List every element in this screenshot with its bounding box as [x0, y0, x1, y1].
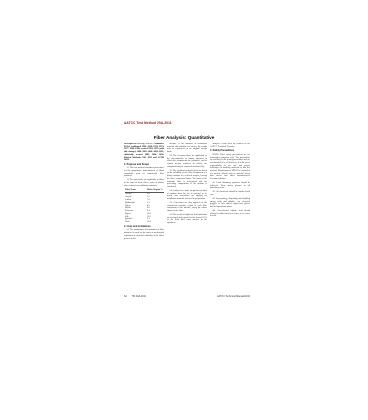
text-column-1: Developed in 1959 by AATCC Committee RA2… [124, 143, 164, 293]
body-paragraph: 1.2 The procedures are applicable to fib… [124, 179, 164, 187]
method-reference: TM 20A-2011 [132, 295, 146, 298]
regain-value-cell: 13.6 [147, 221, 163, 224]
body-paragraph: 4.2 All chemicals should be handled with… [210, 191, 250, 196]
body-paragraph: 2.3 The chemical methods given are based… [167, 170, 207, 189]
text-columns: Developed in 1959 by AATCC Committee RA2… [124, 143, 250, 293]
document-page: AATCC Test Method 20A-2011 Fiber Analysi… [0, 0, 368, 420]
revision-history-paragraph: Developed in 1959 by AATCC Committee RA2… [124, 143, 164, 162]
manual-title: AATCC Technical Manual/2013 [217, 295, 250, 298]
page-number: 62 [124, 295, 127, 298]
body-paragraph: 2.4 Analyses are made on specimens taken… [167, 190, 207, 201]
section-heading: 1. Purpose and Scope [124, 164, 164, 167]
body-paragraph: 1.1 This test method comprises procedure… [124, 167, 164, 178]
body-paragraph: 4.1 Good laboratory practices should be … [210, 182, 250, 190]
page-footer: 62 TM 20A-2011 AATCC Technical Manual/20… [124, 295, 250, 298]
text-column-2: mixture. If the amounts of nonfibrous ma… [167, 143, 207, 293]
body-paragraph: analysis. Terms used are defined in the … [210, 143, 250, 148]
body-paragraph: 2.6 The results of duplicate determinati… [167, 214, 207, 225]
body-paragraph: 2.5 Corrections are also applied for the… [167, 202, 207, 213]
page-title: Fiber Analysis: Quantitative [118, 135, 250, 140]
body-paragraph: NOTE: These safety precautions are for i… [210, 154, 250, 181]
body-paragraph: 2.2 The test procedures are applicable t… [167, 155, 207, 169]
fiber-name-cell: Wool [125, 221, 147, 224]
table-row: Wool13.6 [125, 221, 164, 224]
body-paragraph: mixture. If the amounts of nonfibrous ma… [167, 143, 207, 154]
table-header-cell: Moist. Regain % [147, 189, 163, 192]
body-paragraph: 4.4 Concentrated sulfuric acid should al… [210, 210, 250, 218]
table-header-cell: Fiber Name [125, 189, 147, 192]
body-paragraph: 2.1 The quantitative determination of fi… [124, 229, 164, 240]
method-number-header: AATCC Test Method 20A-2011 [124, 121, 250, 125]
section-heading: 4. Safety Precautions [210, 150, 250, 153]
body-paragraph: 4.3 In preparing, dispensing and handlin… [210, 198, 250, 209]
fiber-regain-table: Fiber NameMoist. Regain %Acetate6.0Acryl… [125, 189, 164, 224]
text-column-3: analysis. Terms used are defined in the … [210, 143, 250, 293]
